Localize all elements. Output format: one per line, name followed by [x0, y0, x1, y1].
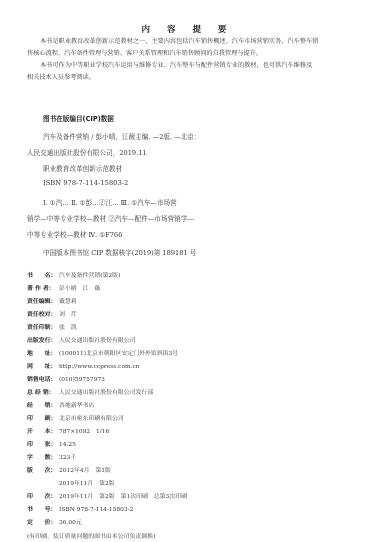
cip-series-line: 职业教育改革创新示范教材 [43, 163, 122, 173]
label: 责任印制： [27, 323, 59, 333]
quality-guarantee-note: (有印刷、装订质量问题的图书由本公司负责调换) [27, 531, 155, 540]
label: 印 张： [27, 440, 59, 450]
label: 版 次： [27, 466, 59, 476]
summary-paragraph-2-line-1: 本书可作为中等职业学校汽车运用与维修专业、汽车整车与配件营销专业的教材，也可供汽… [40, 60, 312, 72]
value: 汽车及备件营销(第2版) [59, 271, 120, 281]
cip-subject-line-2: 销学—中等专业学校—教材 ②汽车—配件—市场营销学— [27, 213, 194, 223]
label: 印 次： [27, 492, 59, 502]
cip-verification-number: 中国版本图书馆 CIP 数据核字(2019)第 189181 号 [43, 247, 196, 257]
value: 各地新华书店 [59, 401, 94, 411]
colophon-row-general-distributor: 总 经 销：人民交通出版社股份有限公司发行部 [27, 388, 153, 398]
label: 出版发行： [27, 336, 59, 346]
cip-subject-line-1: Ⅰ. ①汽… Ⅱ. ①彭…②江… Ⅲ. ①汽车—市场营 [43, 197, 177, 207]
value: ISBN 978-7-114-15803-2 [59, 505, 133, 515]
colophon-row-editor: 责任编辑：戴慧莉 [27, 297, 77, 307]
label: 定 价： [27, 518, 59, 528]
label: 开 本： [27, 427, 59, 437]
value: 787×1092 1/16 [59, 427, 109, 437]
label: 字 数： [27, 453, 59, 463]
colophon-row-publisher: 出版发行：人民交通出版社股份有限公司 [27, 336, 136, 346]
copyright-page: 内 容 提 要 本书是职业教育改革创新示范教材之一，主要内容包括汽车销售概述、汽… [0, 0, 375, 542]
label: 经 销： [27, 401, 59, 411]
colophon-row-address: 地 址：(100011)北京市朝阳区安定门外外馆斜街3号 [27, 349, 178, 359]
label: 著 作 者： [27, 284, 59, 294]
value: 刘 芹 [59, 310, 77, 320]
colophon-row-distributor: 经 销：各地新华书店 [27, 401, 94, 411]
colophon-row-price: 定 价：36.00元 [27, 518, 82, 528]
colophon-row-sales-phone: 销售电话：(010)59757973 [27, 375, 105, 385]
cip-heading: 图书在版编目(CIP)数据 [43, 113, 114, 123]
colophon-row-title: 书 名：汽车及备件营销(第2版) [27, 271, 120, 281]
label: 责任校对： [27, 310, 59, 320]
colophon-row-website: 网 址：http://www.ccpress.com.cn [27, 362, 140, 372]
label: 书 号： [27, 505, 59, 515]
label: 销售电话： [27, 375, 59, 385]
cip-isbn-line: ISBN 978-7-114-15803-2 [43, 179, 128, 187]
summary-paragraph-2-line-2: 相关技术人员参考阅读。 [27, 72, 95, 84]
value: 2019年11月 第2版 第1次印刷 总第3次印刷 [59, 492, 187, 502]
colophon-row-isbn: 书 号：ISBN 978-7-114-15803-2 [27, 505, 133, 515]
colophon-row-print-supervisor: 责任印制：张 凯 [27, 323, 77, 333]
value: 人民交通出版社股份有限公司发行部 [59, 388, 153, 398]
colophon-row-authors: 著 作 者：彭小晴 江 薇 [27, 284, 100, 294]
label: 地 址： [27, 349, 59, 359]
label: 印 刷： [27, 414, 59, 424]
colophon-row-edition: 版 次：2012年4月 第1版 [27, 466, 111, 476]
label: 网 址： [27, 362, 59, 372]
summary-paragraph-1-line-2: 售核心流程、汽车备件管理与营销、客户关系管理和汽车销售顾问的自我管理与提升。 [27, 48, 262, 60]
colophon-row-word-count: 字 数：323千 [27, 453, 76, 463]
label: 责任编辑： [27, 297, 59, 307]
website-link: http://www.ccpress.com.cn [59, 362, 140, 372]
value: (100011)北京市朝阳区安定门外外馆斜街3号 [59, 349, 178, 359]
value: 36.00元 [59, 518, 82, 528]
value: 彭小晴 江 薇 [59, 284, 100, 294]
value: 14.25 [59, 440, 76, 450]
colophon-edition-continuation: 2019年11月 第2版 [59, 479, 115, 489]
value: 张 凯 [59, 323, 77, 333]
colophon-row-printer: 印 刷：北京市密东印刷有限公司 [27, 414, 124, 424]
summary-title: 内 容 提 要 [0, 23, 375, 35]
colophon-row-printed-sheets: 印 张：14.25 [27, 440, 76, 450]
value: 人民交通出版社股份有限公司 [59, 336, 136, 346]
label: 总 经 销： [27, 388, 59, 398]
value: 2012年4月 第1版 [59, 466, 111, 476]
value: (010)59757973 [59, 375, 105, 385]
value: 北京市密东印刷有限公司 [59, 414, 124, 424]
label: 书 名： [27, 271, 59, 281]
cip-subject-line-3: 中等专业学校—教材 Ⅳ. ①F766 [27, 229, 122, 239]
colophon-row-format: 开 本：787×1092 1/16 [27, 427, 109, 437]
cip-title-line: 汽车及备件营销 / 彭小晴，江薇主编. —2版. —北京： [43, 131, 200, 141]
colophon-row-impression: 印 次：2019年11月 第2版 第1次印刷 总第3次印刷 [27, 492, 187, 502]
cip-publisher-line: 人民交通出版社股份有限公司，2019.11 [27, 147, 147, 157]
value: 323千 [59, 453, 76, 463]
value: 戴慧莉 [59, 297, 77, 307]
summary-paragraph-1-line-1: 本书是职业教育改革创新示范教材之一，主要内容包括汽车销售概述、汽车市场营销实务、… [40, 36, 318, 48]
colophon-row-proofreader: 责任校对：刘 芹 [27, 310, 77, 320]
